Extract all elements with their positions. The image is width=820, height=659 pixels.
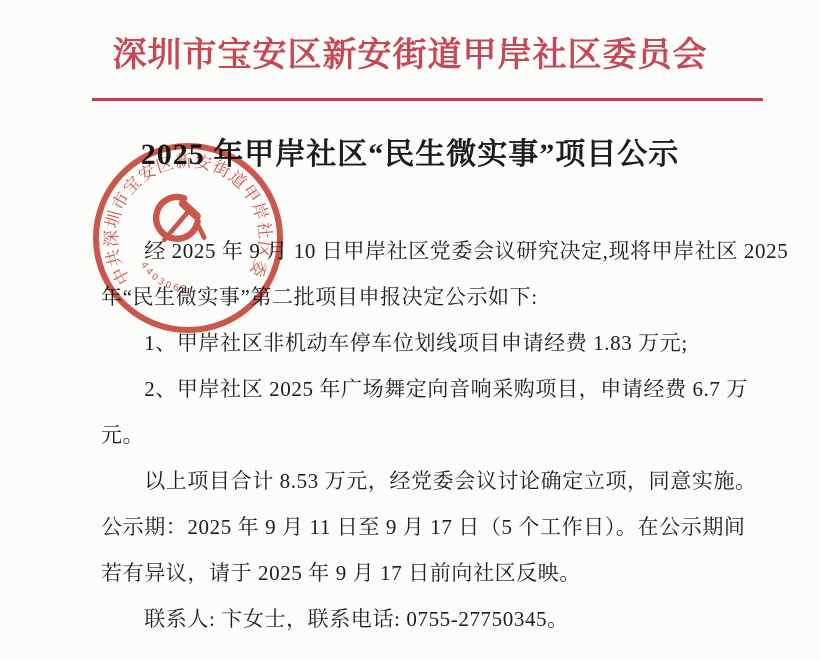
- official-seal-stamp: 中共深圳市宝安区新安街道甲岸社区委员会 4403065: [84, 140, 292, 336]
- body-line: 以上项目合计 8.53 万元，经党委会议讨论确定立项，同意实施。: [101, 458, 756, 504]
- seal-ring-text: 中共深圳市宝安区新安街道甲岸社区委员会: [84, 140, 274, 288]
- sickle-blade: [156, 197, 197, 239]
- project-item-2: 2、甲岸社区 2025 年广场舞定向音响采购项目，申请经费 6.7 万: [101, 366, 756, 412]
- publicity-period-line: 公示期：2025 年 9 月 11 日至 9 月 17 日（5 个工作日）。在公…: [101, 504, 756, 550]
- hammer-sickle-icon: [156, 197, 204, 240]
- body-line: 若有异议，请于 2025 年 9 月 17 日前向社区反映。: [101, 550, 756, 596]
- seal-ring-text-arc: 中共深圳市宝安区新安街道甲岸社区委员会: [84, 140, 274, 288]
- seal-code: 4403065: [138, 261, 189, 296]
- contact-line: 联系人: 卞女士，联系电话: 0755-27750345。: [101, 596, 756, 642]
- official-seal-svg: 中共深圳市宝安区新安街道甲岸社区委员会 4403065: [84, 140, 292, 336]
- body-line: 元。: [101, 412, 756, 458]
- header-divider-line: [92, 98, 763, 101]
- organization-header: 深圳市宝安区新安街道甲岸社区委员会: [0, 27, 820, 76]
- notice-document-page: 深圳市宝安区新安街道甲岸社区委员会 2025 年甲岸社区“民生微实事”项目公示 …: [0, 0, 820, 659]
- seal-code-arc: 4403065: [138, 261, 189, 296]
